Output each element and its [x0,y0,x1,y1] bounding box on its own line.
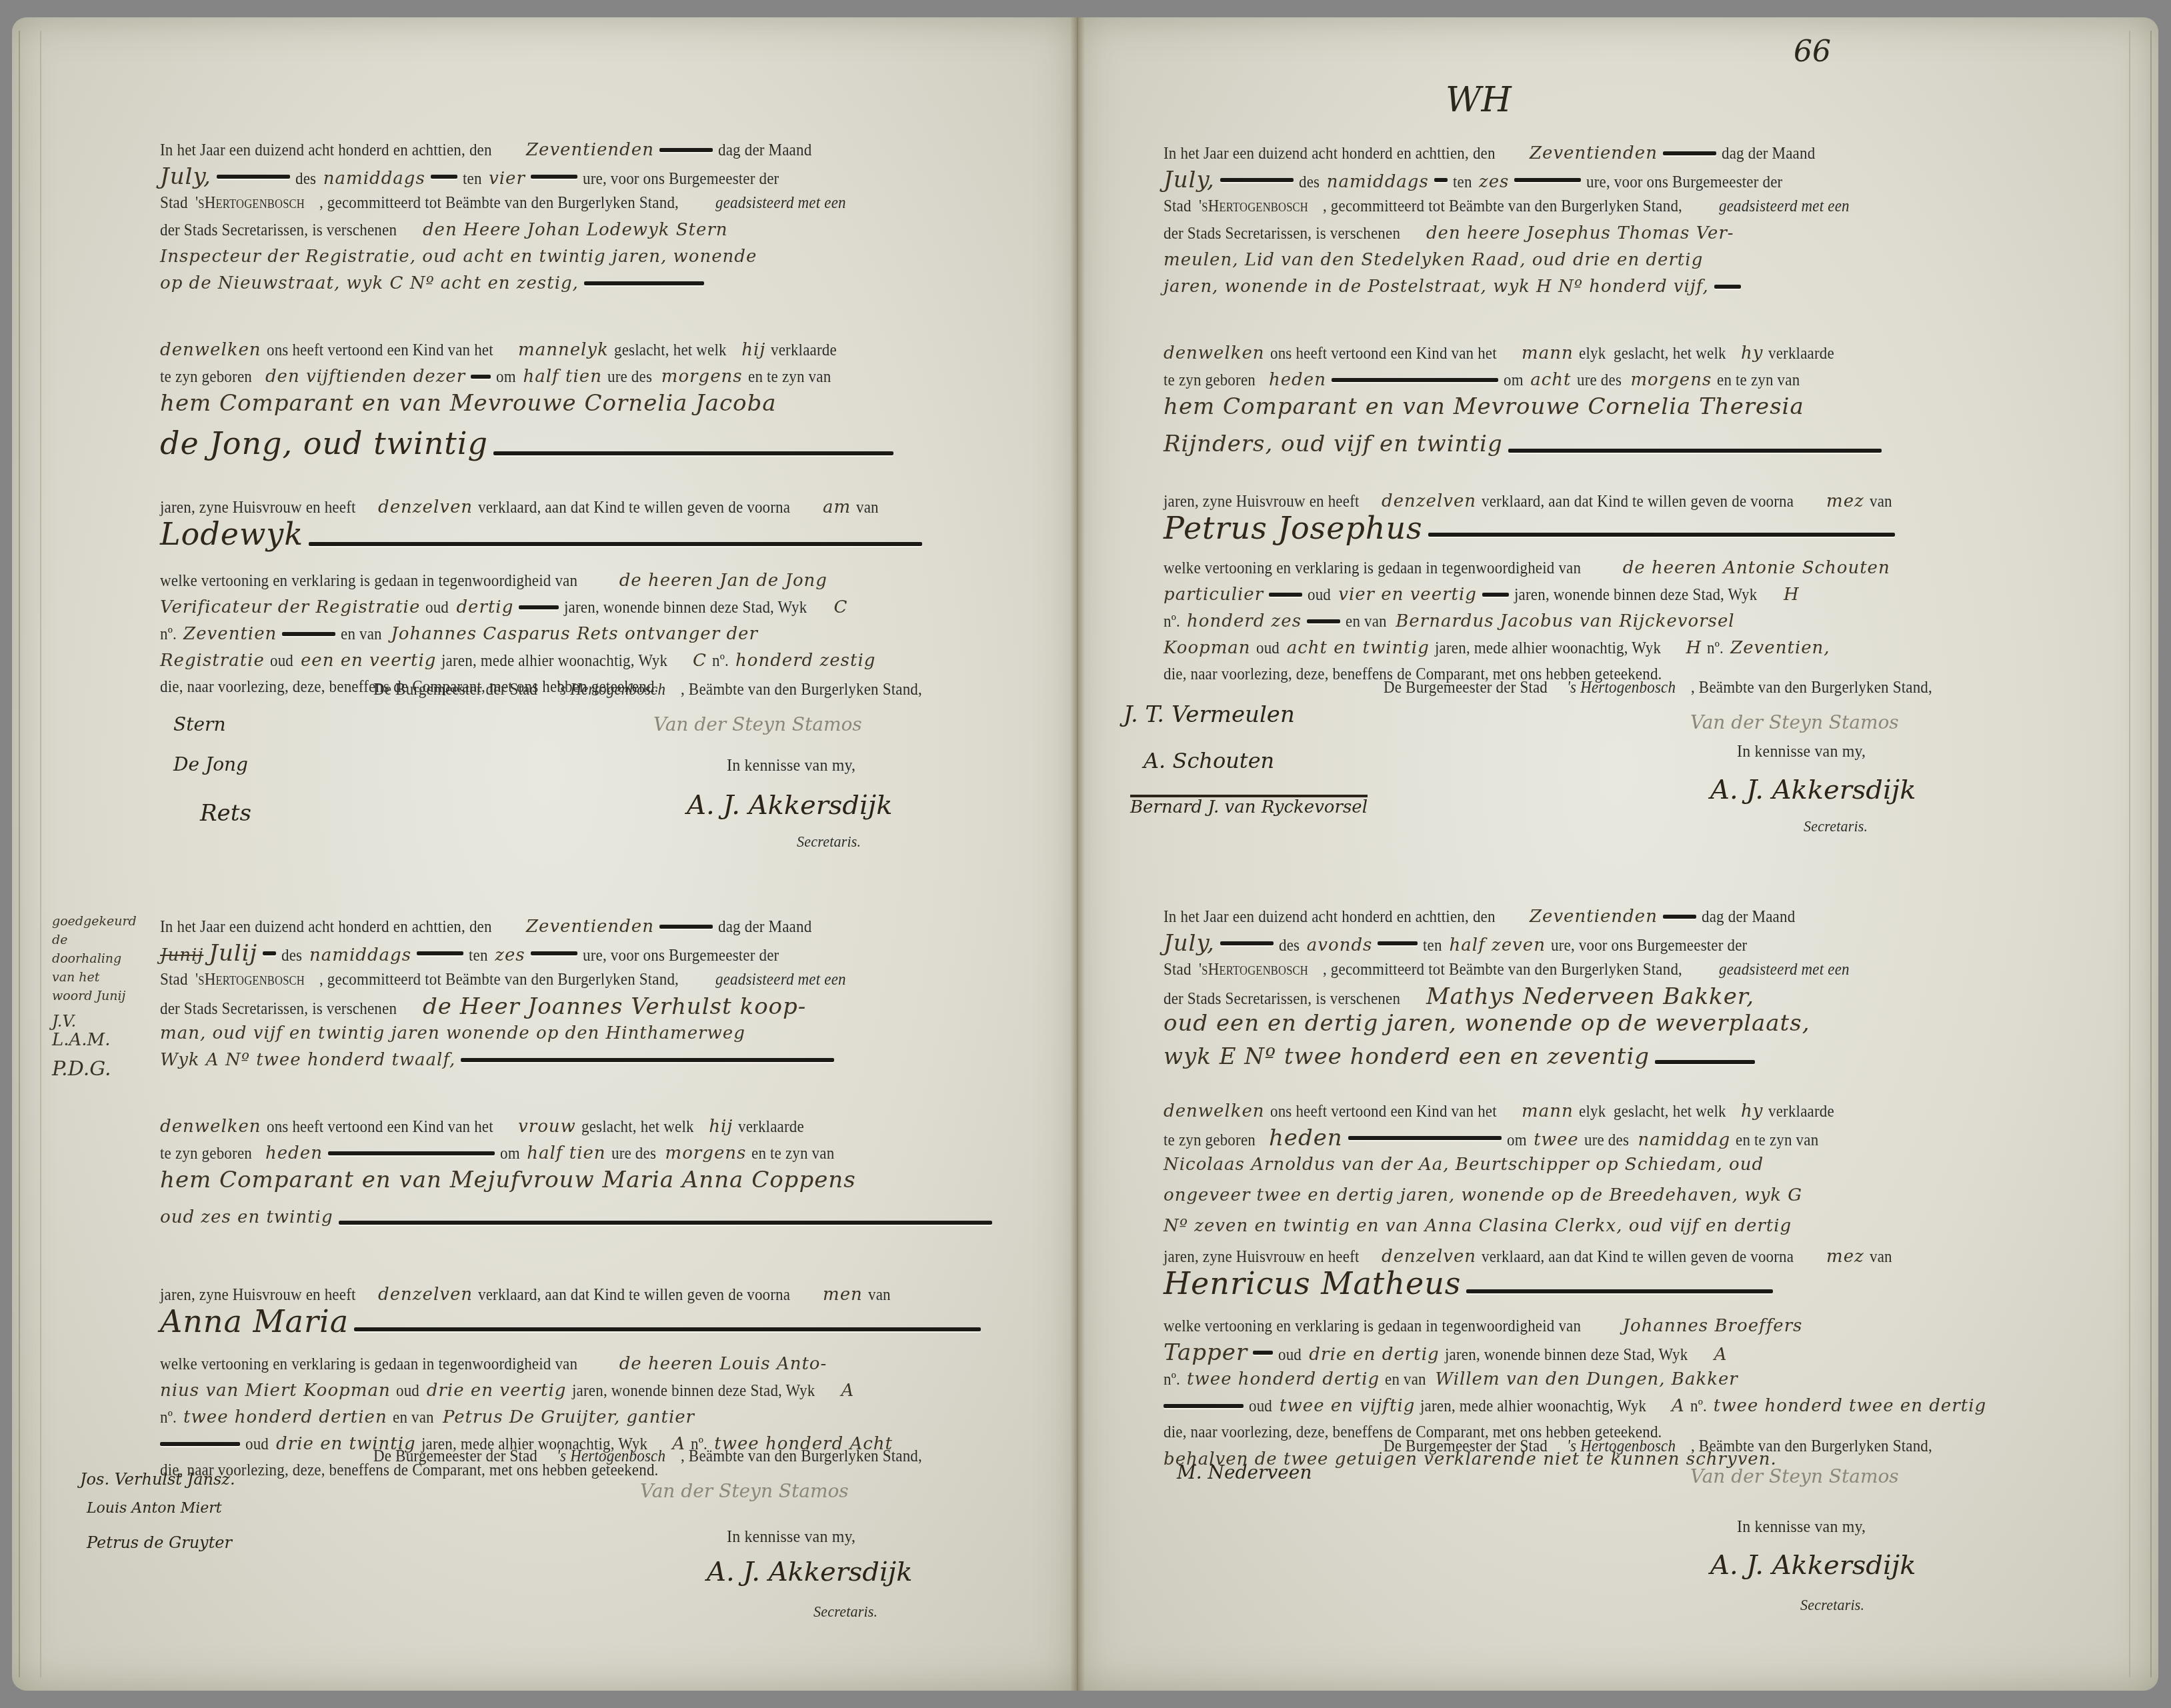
mayor-signature: Van der Steyn Stamos [640,1480,849,1502]
signature-block-3: De Burgemeester der Stad 's Hertogenbosc… [1164,675,2044,895]
witness-signature: Petrus de Gruyter [87,1533,232,1552]
birth-record-3: In het Jaar een duizend acht honderd en … [1164,140,2044,688]
open-register-book: 66 WH In het Jaar een duizend acht honde… [0,0,2171,1708]
witness-signature: M. Nederveen [1177,1461,1312,1483]
witness-signature: De Jong [173,753,248,775]
child-name: Petrus Josephus [1164,515,1423,541]
signature-block-1: De Burgemeester der Stad 's Hertogenbosc… [160,677,1040,897]
secretary-signature: A. J. Akkersdijk [1710,1550,1916,1581]
birth-record-1: In het Jaar een duizend acht honderd en … [160,137,1040,701]
witness-signature: Stern [173,713,225,735]
signature-block-4: De Burgemeester der Stad 's Hertogenbosc… [1164,1433,2044,1653]
margin-annotation: goedgekeurd de doorhaling van het woord … [52,912,139,1079]
record-hour: vier [489,165,525,192]
mayor-signature: Van der Steyn Stamos [1690,711,1899,733]
witness-signature: J. T. Vermeulen [1124,701,1295,728]
folio-number: 66 [1794,35,1831,69]
book-spine [1070,17,1085,1691]
child-name: Lodewyk [160,521,303,547]
secretary-signature: A. J. Akkersdijk [687,790,892,821]
mayor-signature: Van der Steyn Stamos [653,713,862,735]
witness-2: Johannes Casparus Rets ontvanger der [391,621,757,647]
record-month: July, [160,163,211,190]
declarant-name: den Heere Johan Lodewyk Stern [423,217,728,243]
mayor-signature: Van der Steyn Stamos [1690,1465,1899,1487]
record-day: Zeventienden [526,137,654,163]
birth-record-2: In het Jaar een duizend acht honderd en … [160,913,1040,1484]
witness-signature: Louis Anton Miert [87,1500,222,1517]
birth-record-4: In het Jaar een duizend acht honderd en … [1164,903,2044,1473]
fill-rule [659,148,713,152]
signature-block-2: De Burgemeester der Stad 's Hertogenbosc… [160,1443,1040,1663]
witness-signature: Rets [200,800,251,827]
child-sex: mannelyk [518,337,609,363]
child-name: Anna Maria [160,1308,349,1335]
child-name: Henricus Matheus [1164,1270,1461,1297]
witness-signature: A. Schouten [1144,748,1274,773]
secretary-signature: A. J. Akkersdijk [1710,775,1916,805]
struck-month: Junij [160,942,203,969]
folio-mark: WH [1446,80,1512,120]
witness-signature: Jos. Verhulst Jansz. [80,1470,235,1489]
witness-signature: Bernard J. van Ryckevorsel [1130,795,1368,817]
record-daypart: namiddags [323,165,425,192]
record-line: In het Jaar een duizend acht honderd en … [160,137,1040,163]
mother-name: hem Comparant en van Mevrouwe Cornelia J… [160,390,777,417]
secretary-signature: A. J. Akkersdijk [707,1557,912,1587]
witness-1: de heeren Jan de Jong [619,567,827,594]
